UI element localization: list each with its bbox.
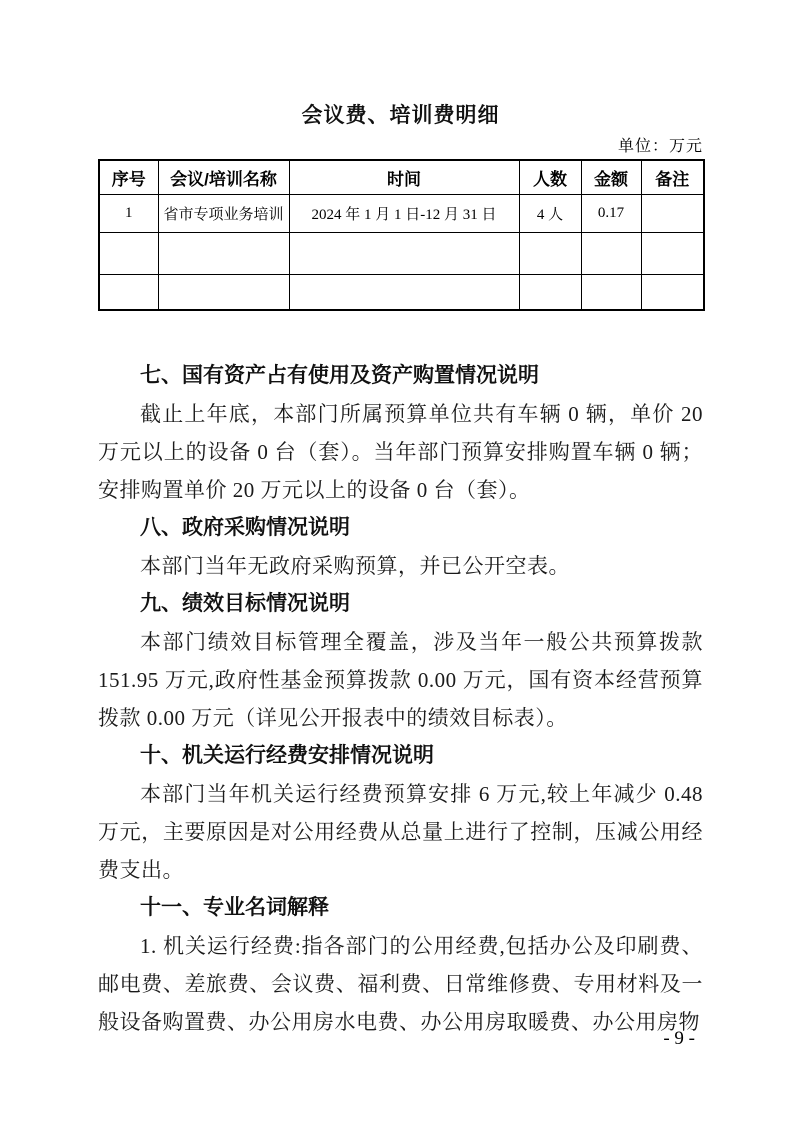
cell-amount	[581, 275, 641, 311]
cell-time	[289, 275, 519, 311]
cell-people	[519, 275, 581, 311]
header-cell-name: 会议/培训名称	[158, 160, 289, 195]
cell-amount: 0.17	[581, 195, 641, 233]
header-cell-note: 备注	[641, 160, 704, 195]
cell-no	[99, 275, 158, 311]
section-7-paragraph: 截止上年底，本部门所属预算单位共有车辆 0 辆，单价 20 万元以上的设备 0 …	[98, 395, 703, 509]
fee-table: 序号 会议/培训名称 时间 人数 金额 备注 1 省市专项业务培训 2024 年…	[98, 159, 705, 311]
cell-name	[158, 275, 289, 311]
cell-name: 省市专项业务培训	[158, 195, 289, 233]
section-heading-11: 十一、专业名词解释	[98, 889, 703, 927]
cell-amount	[581, 233, 641, 275]
cell-time: 2024 年 1 月 1 日-12 月 31 日	[289, 195, 519, 233]
page-number: - 9 -	[663, 1026, 695, 1052]
header-cell-amount: 金额	[581, 160, 641, 195]
cell-note	[641, 233, 704, 275]
cell-note	[641, 275, 704, 311]
table-row	[99, 275, 704, 311]
header-cell-people: 人数	[519, 160, 581, 195]
cell-people	[519, 233, 581, 275]
cell-people: 4 人	[519, 195, 581, 233]
unit-note: 单位：万元	[98, 137, 703, 157]
section-8-paragraph: 本部门当年无政府采购预算，并已公开空表。	[98, 547, 703, 585]
fee-table-header-row: 序号 会议/培训名称 时间 人数 金额 备注	[99, 160, 704, 195]
section-10-paragraph: 本部门当年机关运行经费预算安排 6 万元,较上年减少 0.48 万元，主要原因是…	[98, 775, 703, 889]
section-heading-9: 九、绩效目标情况说明	[98, 585, 703, 623]
cell-name	[158, 233, 289, 275]
table-row: 1 省市专项业务培训 2024 年 1 月 1 日-12 月 31 日 4 人 …	[99, 195, 704, 233]
page-title: 会议费、培训费明细	[98, 101, 703, 131]
section-11-paragraph: 1. 机关运行经费:指各部门的公用经费,包括办公及印刷费、邮电费、差旅费、会议费…	[98, 927, 703, 1041]
header-cell-no: 序号	[99, 160, 158, 195]
header-cell-time: 时间	[289, 160, 519, 195]
cell-no	[99, 233, 158, 275]
page-content: 会议费、培训费明细 单位：万元 序号 会议/培训名称 时间 人数 金额 备注	[98, 0, 703, 1041]
cell-time	[289, 233, 519, 275]
section-heading-10: 十、机关运行经费安排情况说明	[98, 737, 703, 775]
table-row	[99, 233, 704, 275]
section-heading-8: 八、政府采购情况说明	[98, 509, 703, 547]
body-sections: 七、国有资产占有使用及资产购置情况说明 截止上年底，本部门所属预算单位共有车辆 …	[98, 357, 703, 1041]
document-page: 会议费、培训费明细 单位：万元 序号 会议/培训名称 时间 人数 金额 备注	[0, 0, 793, 1122]
cell-no: 1	[99, 195, 158, 233]
section-heading-7: 七、国有资产占有使用及资产购置情况说明	[98, 357, 703, 395]
section-9-paragraph: 本部门绩效目标管理全覆盖，涉及当年一般公共预算拨款 151.95 万元,政府性基…	[98, 623, 703, 737]
cell-note	[641, 195, 704, 233]
